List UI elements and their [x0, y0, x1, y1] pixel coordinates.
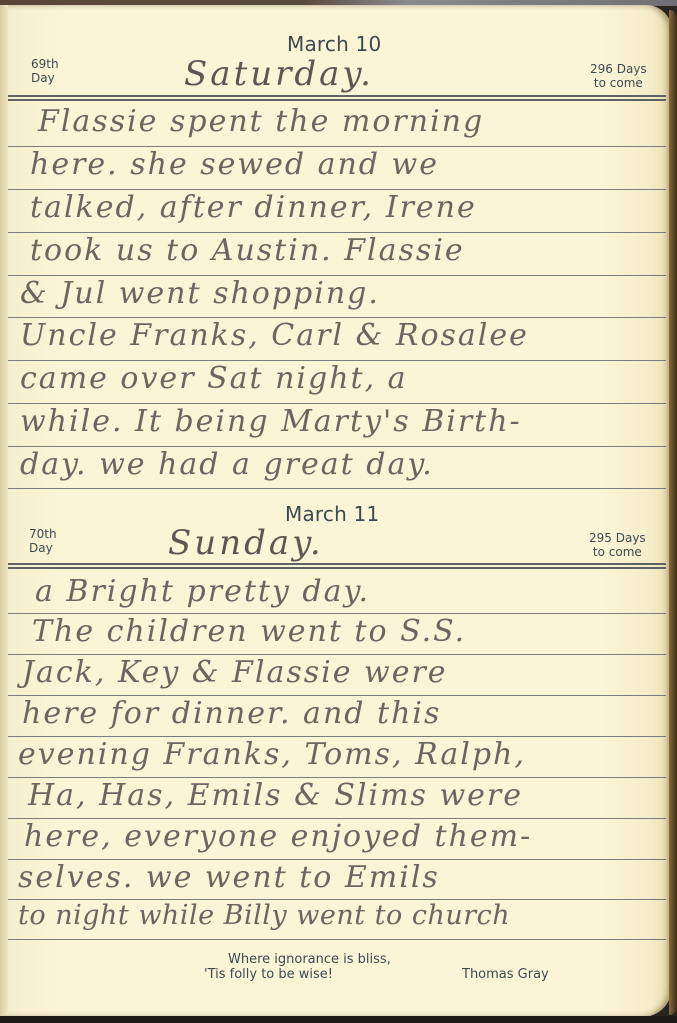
day-of-year: 69th Day [31, 57, 59, 85]
entry-line: The children went to S.S. [32, 614, 466, 649]
entry-line: a Bright pretty day. [35, 574, 370, 609]
entry-line: evening Franks, Toms, Ralph, [18, 737, 526, 772]
header-rule-top [8, 563, 666, 565]
ruled-line [8, 488, 666, 489]
header-rule-bottom [8, 567, 666, 569]
day-of-year: 70th Day [29, 527, 57, 555]
day-label: Day [31, 71, 59, 85]
days-remaining-label: to come [589, 545, 646, 559]
weekday-handwritten: Sunday. [168, 523, 324, 563]
day-number: 69th [31, 57, 59, 71]
days-remaining-count: 295 Days [589, 531, 646, 545]
ruled-line [8, 939, 666, 940]
entry-line: here, everyone enjoyed them- [24, 819, 532, 854]
quote-line-1: Where ignorance is bliss, [228, 952, 391, 967]
entry-date: March 10 [287, 32, 381, 56]
days-remaining: 295 Days to come [589, 531, 646, 559]
weekday-handwritten: Saturday. [184, 54, 374, 94]
entry-line: day. we had a great day. [20, 447, 434, 482]
entry-line: Jack, Key & Flassie were [22, 655, 448, 690]
entry-line: Ha, Has, Emils & Slims were [28, 778, 523, 813]
days-remaining-count: 296 Days [590, 62, 647, 76]
entry-line: Uncle Franks, Carl & Rosalee [20, 318, 529, 353]
entry-line: talked, after dinner, Irene [30, 190, 477, 225]
entry-line: here for dinner. and this [22, 696, 441, 731]
header-rule-top [8, 95, 666, 97]
page-right-edge [669, 10, 677, 1015]
days-remaining-label: to come [590, 76, 647, 90]
book-bottom-edge [0, 1016, 677, 1023]
day-number: 70th [29, 527, 57, 541]
day-label: Day [29, 541, 57, 555]
header-rule-bottom [8, 99, 666, 101]
entry-line: & Jul went shopping. [20, 276, 380, 311]
entry-line: to night while Billy went to church [18, 900, 510, 931]
entry-line: came over Sat night, a [20, 361, 408, 396]
entry-line: took us to Austin. Flassie [30, 233, 465, 268]
entry-line: while. It being Marty's Birth- [20, 404, 522, 439]
days-remaining: 296 Days to come [590, 62, 647, 90]
quote-line-2: 'Tis folly to be wise! [204, 967, 333, 982]
page-spine-edge [0, 5, 8, 1015]
entry-line: here. she sewed and we [30, 147, 439, 182]
entry-line: Flassie spent the morning [38, 104, 484, 139]
entry-line: selves. we went to Emils [18, 860, 440, 895]
quote-author: Thomas Gray [462, 967, 549, 982]
